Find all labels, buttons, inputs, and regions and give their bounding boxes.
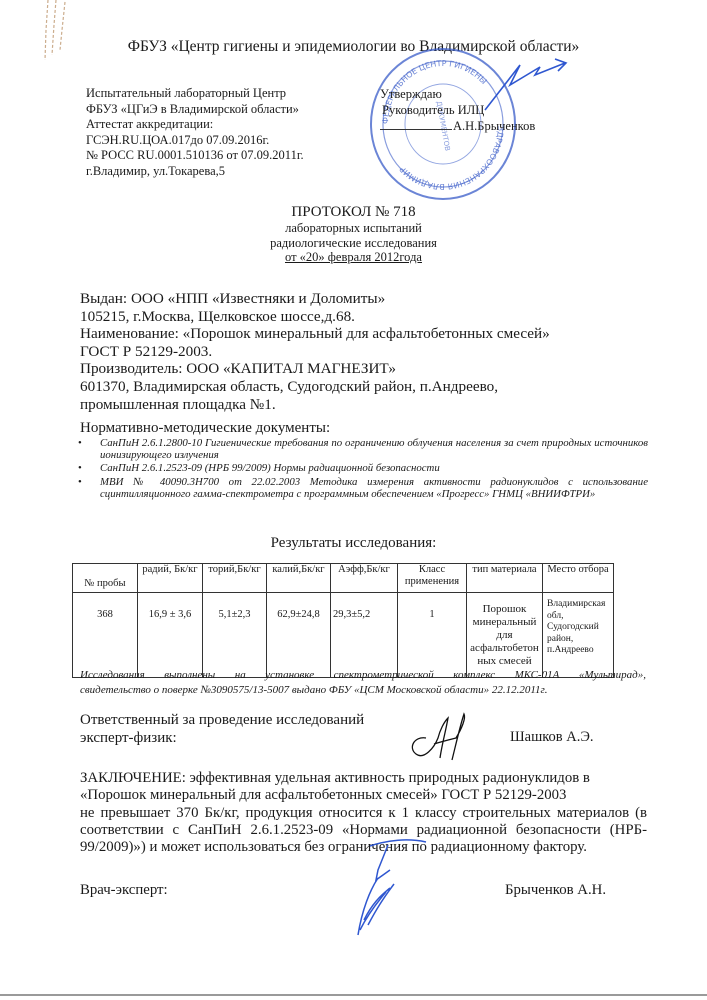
- lab-line: ГСЭН.RU.ЦОА.017до 07.09.2016г.: [86, 133, 304, 149]
- protocol-title: ПРОТОКОЛ № 718: [0, 203, 707, 221]
- lab-line: Испытательный лабораторный Центр: [86, 86, 304, 102]
- normative-item: •СанПиН 2.6.1.2523-09 (НРБ 99/2009) Норм…: [78, 462, 648, 474]
- lab-line: ФБУЗ «ЦГиЭ в Владимирской области»: [86, 102, 304, 118]
- issued-line: Наименование: «Порошок минеральный для а…: [80, 325, 550, 343]
- bullet-icon: •: [78, 462, 82, 474]
- signature-blank: [380, 119, 452, 130]
- normative-item: •МВИ № 40090.3Н700 от 22.02.2003 Методик…: [78, 476, 648, 500]
- issued-line: 601370, Владимирская область, Судогодски…: [80, 378, 550, 396]
- lab-info-block: Испытательный лабораторный Центр ФБУЗ «Ц…: [86, 86, 304, 179]
- table-cell: Владимирская обл, Судогодский район, п.А…: [543, 593, 614, 678]
- bullet-icon: •: [78, 476, 82, 488]
- protocol-heading: ПРОТОКОЛ № 718 лабораторных испытаний ра…: [0, 203, 707, 265]
- issued-line: 105215, г.Москва, Щелковское шоссе,д.68.: [80, 308, 550, 326]
- protocol-subtitle: лабораторных испытаний: [0, 221, 707, 236]
- organization-title: ФБУЗ «Центр гигиены и эпидемиологии во В…: [0, 38, 707, 56]
- conclusion-line: ЗАКЛЮЧЕНИЕ: эффективная удельная активно…: [80, 770, 647, 787]
- doctor-name: Брыченков А.Н.: [505, 882, 606, 899]
- note-line: Исследования выполнены на установке спек…: [80, 668, 646, 683]
- results-table: № пробы радий, Бк/кг торий,Бк/кг калий,Б…: [72, 563, 614, 678]
- protocol-date: от «20» февраля 2012года: [285, 250, 422, 264]
- column-header: Аэфф,Бк/кг: [331, 564, 398, 593]
- approver-signature-icon: [480, 55, 570, 115]
- table-cell: 368: [73, 593, 138, 678]
- bullet-icon: •: [78, 437, 82, 449]
- column-header: калий,Бк/кг: [267, 564, 331, 593]
- expert-name: Шашков А.Э.: [510, 729, 594, 746]
- lab-line: Аттестат аккредитации:: [86, 117, 304, 133]
- results-title: Результаты исследования:: [0, 535, 707, 552]
- column-header: торий,Бк/кг: [203, 564, 267, 593]
- table-header-row: № пробы радий, Бк/кг торий,Бк/кг калий,Б…: [73, 564, 614, 593]
- normative-title: Нормативно-методические документы:: [80, 420, 330, 437]
- table-row: 368 16,9 ± 3,6 5,1±2,3 62,9±24,8 29,3±5,…: [73, 593, 614, 678]
- note-line: свидетельство о поверке №3090575/13-5007…: [80, 683, 646, 698]
- doctor-signature-icon: [318, 800, 428, 950]
- doctor-label: Врач-эксперт:: [80, 882, 168, 899]
- table-cell: 29,3±5,2: [331, 593, 398, 678]
- column-header: тип материала: [467, 564, 543, 593]
- column-header: Место отбора: [543, 564, 614, 593]
- column-header: радий, Бк/кг: [138, 564, 203, 593]
- issued-line: ГОСТ Р 52129-2003.: [80, 343, 550, 361]
- normative-list: •СанПиН 2.6.1.2800-10 Гигиенические треб…: [78, 437, 648, 501]
- issued-block: Выдан: ООО «НПП «Известняки и Доломиты» …: [80, 290, 550, 413]
- table-cell: Порошок минеральный для асфальтобетон ны…: [467, 593, 543, 678]
- column-header: Класс применения: [398, 564, 467, 593]
- measurement-note: Исследования выполнены на установке спек…: [80, 668, 646, 698]
- issued-line: Производитель: ООО «КАПИТАЛ МАГНЕЗИТ»: [80, 360, 550, 378]
- scan-edge-divider: [0, 994, 707, 996]
- lab-line: г.Владимир, ул.Токарева,5: [86, 164, 304, 180]
- table-cell: 16,9 ± 3,6: [138, 593, 203, 678]
- table-cell: 5,1±2,3: [203, 593, 267, 678]
- approver-name: А.Н.Брыченков: [453, 119, 535, 133]
- table-cell: 62,9±24,8: [267, 593, 331, 678]
- expert-signature-icon: [404, 708, 474, 763]
- normative-item: •СанПиН 2.6.1.2800-10 Гигиенические треб…: [78, 437, 648, 461]
- responsible-label: Ответственный за проведение исследований…: [80, 711, 364, 747]
- table-cell: 1: [398, 593, 467, 678]
- column-header: № пробы: [73, 564, 138, 593]
- protocol-subtitle: радиологические исследования: [0, 236, 707, 251]
- approver-line: А.Н.Брыченков: [380, 118, 535, 134]
- lab-line: № РОСС RU.0001.510136 от 07.09.2011г.: [86, 148, 304, 164]
- issued-line: Выдан: ООО «НПП «Известняки и Доломиты»: [80, 290, 550, 308]
- issued-line: промышленная площадка №1.: [80, 396, 550, 414]
